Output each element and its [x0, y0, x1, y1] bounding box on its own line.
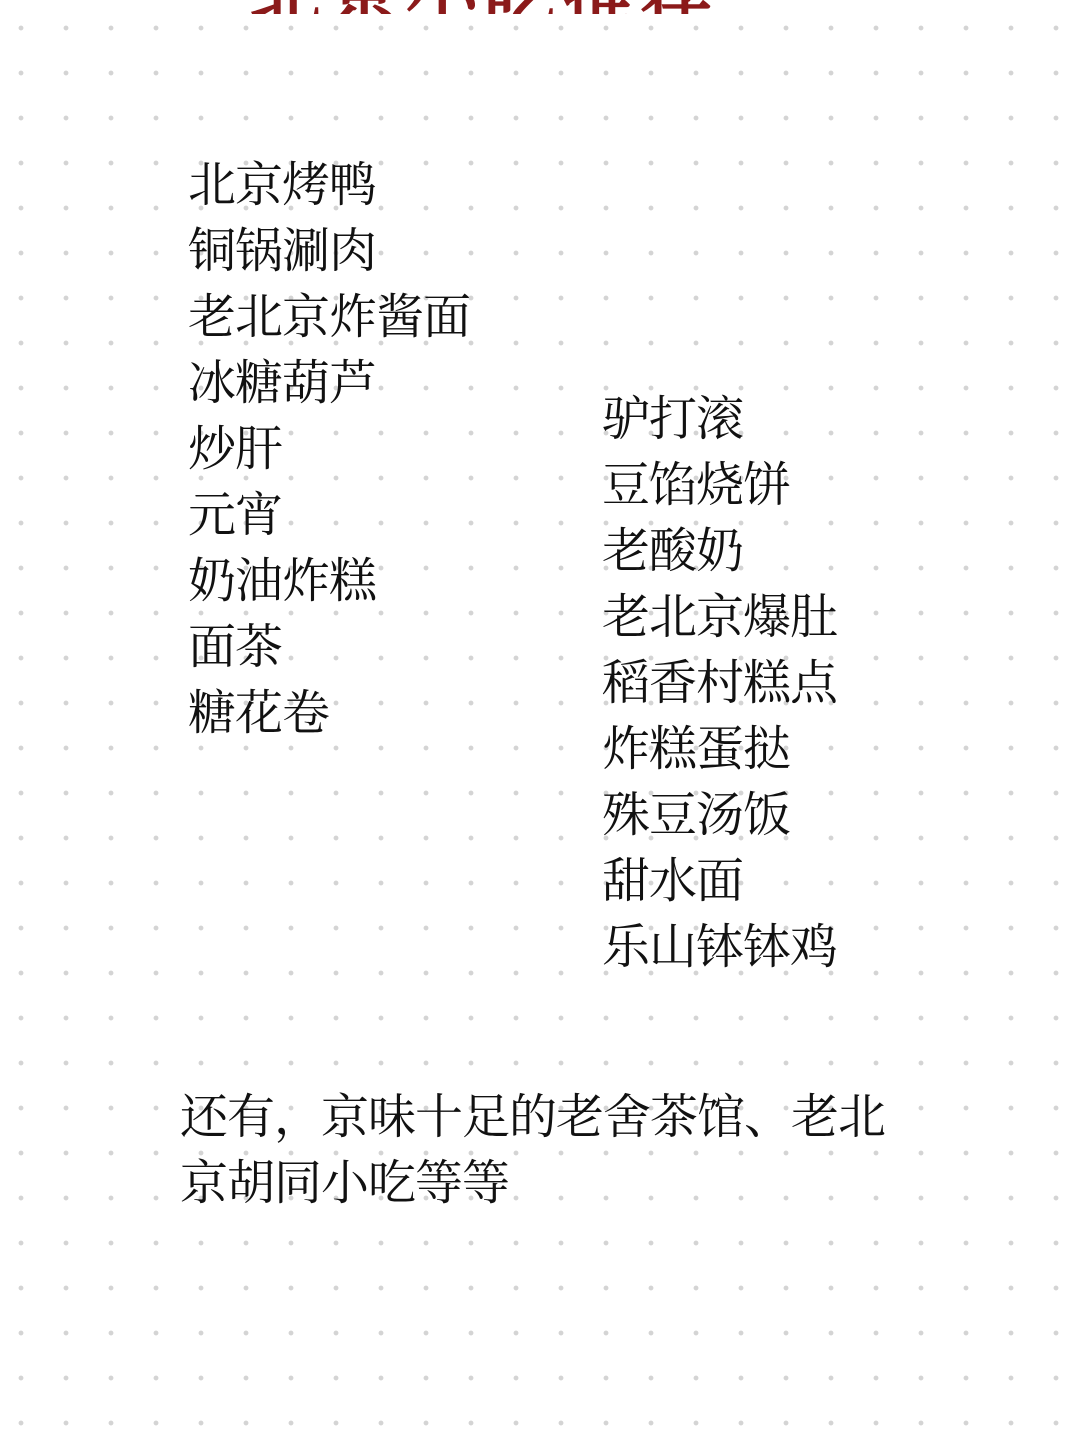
list-item: 铜锅涮肉: [188, 218, 470, 284]
list-item: 甜水面: [602, 848, 837, 914]
list-item: 炒肝: [188, 416, 470, 482]
page-title: 北京小吃推荐: [250, 0, 718, 14]
list-item: 老北京炸酱面: [188, 284, 470, 350]
list-item: 老酸奶: [602, 518, 837, 584]
list-item: 驴打滚: [602, 386, 837, 452]
list-item: 冰糖葫芦: [188, 350, 470, 416]
list-item: 豆馅烧饼: [602, 452, 837, 518]
list-item: 炸糕蛋挞: [602, 716, 837, 782]
list-item: 乐山钵钵鸡: [602, 914, 837, 980]
list-item: 面茶: [188, 614, 470, 680]
list-item: 老北京爆肚: [602, 584, 837, 650]
list-item: 元宵: [188, 482, 470, 548]
footer-note: 还有，京味十足的老舍茶馆、老北京胡同小吃等等: [180, 1084, 900, 1216]
list-item: 殊豆汤饭: [602, 782, 837, 848]
list-item: 奶油炸糕: [188, 548, 470, 614]
list-item: 稻香村糕点: [602, 650, 837, 716]
list-item: 糖花卷: [188, 680, 470, 746]
list-item: 北京烤鸭: [188, 152, 470, 218]
food-list-right: 驴打滚 豆馅烧饼 老酸奶 老北京爆肚 稻香村糕点 炸糕蛋挞 殊豆汤饭 甜水面 乐…: [602, 386, 837, 980]
food-list-left: 北京烤鸭 铜锅涮肉 老北京炸酱面 冰糖葫芦 炒肝 元宵 奶油炸糕 面茶 糖花卷: [188, 152, 470, 746]
title-cropped: 北京小吃推荐: [0, 0, 1080, 14]
